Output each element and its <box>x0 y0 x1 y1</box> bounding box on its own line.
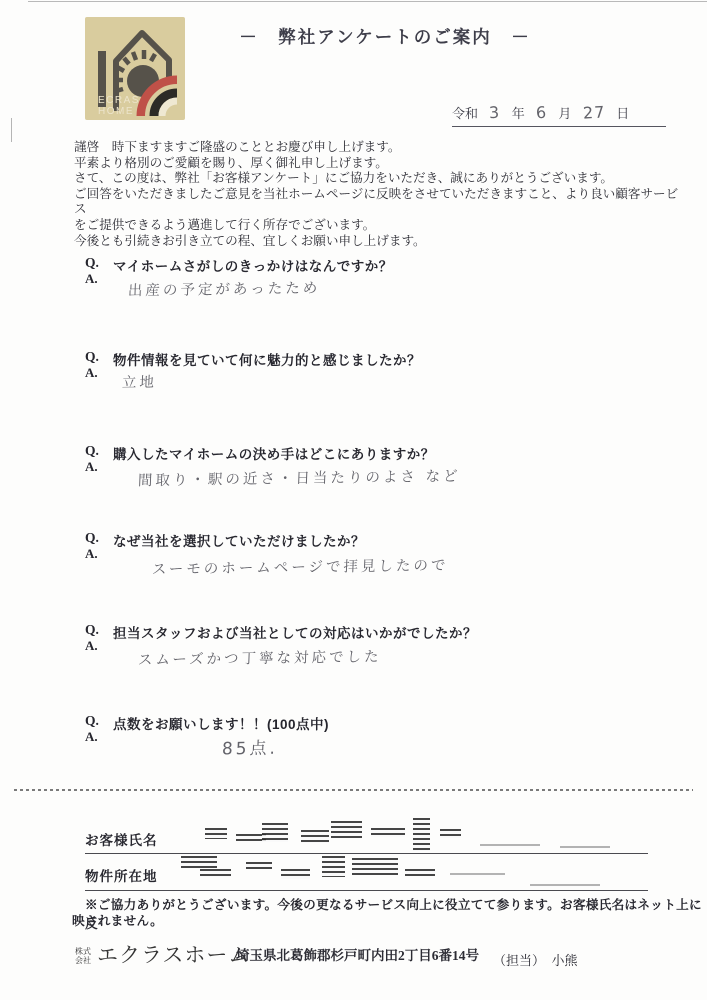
a-label: A. <box>85 729 98 745</box>
company-address: 埼玉県北葛飾郡杉戸町内田2丁目6番14号 <box>236 944 479 964</box>
a-label: A. <box>85 365 98 381</box>
date-era: 令和 <box>452 103 478 122</box>
logo-text-home: HOME <box>98 106 134 117</box>
qa-block-4: Q.なぜ当社を選択していただけましたか？ A. スーモのホームページで拝見したの… <box>85 530 645 550</box>
page-title: － 弊社アンケートのご案内 － <box>0 24 707 49</box>
date-year-unit: 年 <box>512 103 525 122</box>
scan-edge-artifact <box>11 118 12 142</box>
scanned-survey-page: ECRAS HOME － 弊社アンケートのご案内 － 令和 3 年 6 月 27… <box>0 0 707 1000</box>
thank-you-note-line1: ※ご協力ありがとうございます。今後の更なるサービス向上に役立てて参ります。お客様… <box>85 894 707 932</box>
question-text: なぜ当社を選択していただけましたか？ <box>113 530 365 550</box>
customer-name-label: お客様氏名 <box>85 829 158 849</box>
logo-text-ecras: ECRAS <box>98 95 140 106</box>
greeting-line: 平素より格別のご愛顧を賜り、厚く御礼申し上げます。 <box>74 156 680 172</box>
dotted-separator <box>14 789 693 791</box>
a-label: A. <box>85 459 98 475</box>
date-year-handwritten: 3 <box>489 103 501 123</box>
property-location-label: 物件所在地 <box>85 865 158 885</box>
qa-block-6: Q.点数をお願いします！！(100点中) A. 85点. <box>85 713 645 733</box>
date-month-handwritten: 6 <box>535 103 547 123</box>
question-text: マイホームさがしのきっかけはなんですか？ <box>113 255 393 275</box>
question-text: 点数をお願いします！！(100点中) <box>113 713 329 733</box>
date-day-handwritten: 27 <box>582 102 605 122</box>
scan-edge-artifact <box>28 1 707 2</box>
a-label: A. <box>85 546 98 562</box>
company-prefix-top: 株式 <box>75 947 91 956</box>
greeting-line: をご提供できるよう邁進して行く所存でございます。 <box>74 218 680 234</box>
question-text: 物件情報を見ていて何に魅力的と感じましたか？ <box>113 349 421 369</box>
handwritten-answer: 85点. <box>222 734 279 760</box>
greeting-line: 今後とも引続きお引き立ての程、宜しくお願い申し上げます。 <box>74 234 680 250</box>
qa-block-5: Q.担当スタッフおよび当社としての対応はいかがでしたか？ A. スムーズかつ丁寧… <box>85 622 645 642</box>
greeting-line: さて、この度は、弊社「お客様アンケート」にご協力をいただき、誠にありがとうござい… <box>74 171 680 187</box>
handwritten-answer: 出産の予定があったため <box>128 277 321 301</box>
handwritten-answer: 間取り・駅の近さ・日当たりのよさ など <box>138 465 461 491</box>
qa-block-1: Q.マイホームさがしのきっかけはなんですか？ A. 出産の予定があったため <box>85 255 645 275</box>
company-prefix: 株式 会社 <box>75 947 91 965</box>
date-line: 令和 3 年 6 月 27 日 <box>452 103 666 127</box>
company-prefix-bottom: 会社 <box>75 956 91 965</box>
company-contact: （担当） 小熊 <box>493 950 578 969</box>
greeting-paragraph: 謹啓 時下ますますご隆盛のこととお慶び申し上げます。 平素より格別のご愛顧を賜り… <box>74 140 680 249</box>
handwritten-answer: スムーズかつ丁寧な対応でした <box>138 645 382 669</box>
company-name: エクラスホーム <box>97 939 250 969</box>
a-label: A. <box>85 271 98 287</box>
greeting-line: 謹啓 時下ますますご隆盛のこととお慶び申し上げます。 <box>74 140 680 156</box>
customer-name-underline <box>85 853 648 854</box>
qa-block-3: Q.購入したマイホームの決め手はどこにありますか？ A. 間取り・駅の近さ・日当… <box>85 443 645 463</box>
property-location-underline <box>85 890 648 891</box>
date-month-unit: 月 <box>558 103 571 122</box>
a-label: A. <box>85 638 98 654</box>
handwritten-answer: スーモのホームページで拝見したので <box>152 554 449 579</box>
question-text: 担当スタッフおよび当社としての対応はいかがでしたか？ <box>113 622 477 642</box>
qa-block-2: Q.物件情報を見ていて何に魅力的と感じましたか？ A. 立地 <box>85 349 645 369</box>
greeting-line: ご回答をいただきましたご意見を当社ホームページに反映をさせていただきますこと、よ… <box>74 187 680 218</box>
handwritten-answer: 立地 <box>122 371 158 393</box>
date-day-unit: 日 <box>616 103 629 122</box>
thank-you-note-line2: 映されません。 <box>72 910 163 929</box>
question-text: 購入したマイホームの決め手はどこにありますか？ <box>113 443 435 463</box>
